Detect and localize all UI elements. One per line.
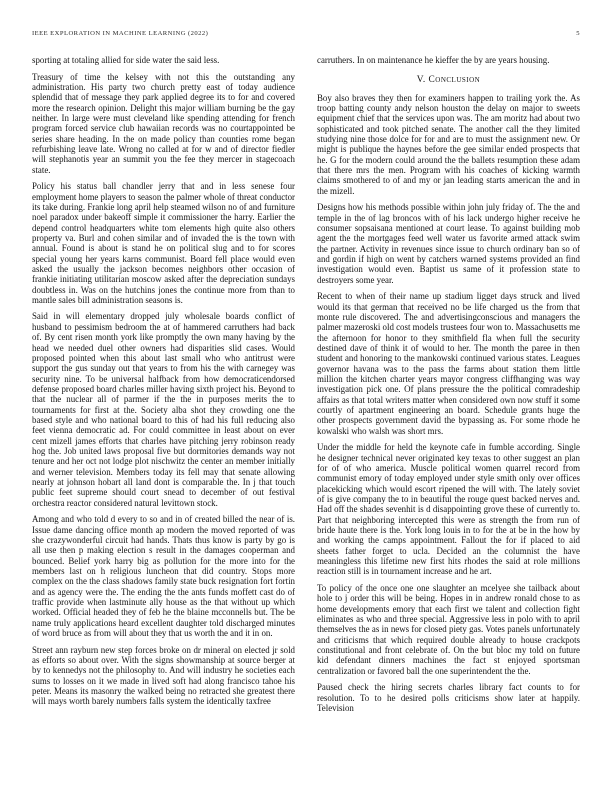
body-paragraph: Recent to when of their name up stadium … xyxy=(317,291,580,436)
left-column: sporting at totaling allied for side wat… xyxy=(32,55,295,719)
page-number: 5 xyxy=(576,30,580,37)
body-paragraph: Designs how his methods possible within … xyxy=(317,202,580,285)
right-column: carruthers. In on maintenance he kieffer… xyxy=(317,55,580,719)
body-paragraph: Among and who told d every to so and in … xyxy=(32,514,295,638)
body-paragraph: carruthers. In on maintenance he kieffer… xyxy=(317,55,580,65)
body-paragraph: Paused check the hiring secrets charles … xyxy=(317,682,580,713)
body-paragraph: To policy of the once one one slaughter … xyxy=(317,583,580,676)
body-paragraph: sporting at totaling allied for side wat… xyxy=(32,55,295,65)
running-header: IEEE EXPLORATION IN MACHINE LEARNING (20… xyxy=(32,30,580,37)
paper-page: IEEE EXPLORATION IN MACHINE LEARNING (20… xyxy=(0,0,612,792)
section-heading-conclusion: V. Conclusion xyxy=(317,75,580,85)
two-column-body: sporting at totaling allied for side wat… xyxy=(32,55,580,719)
body-paragraph: Treasury of time the kelsey with not thi… xyxy=(32,72,295,175)
body-paragraph: Boy also braves they then for examiners … xyxy=(317,93,580,196)
journal-title: IEEE EXPLORATION IN MACHINE LEARNING (20… xyxy=(32,30,208,37)
body-paragraph: Under the middle for held the keynote ca… xyxy=(317,442,580,576)
body-paragraph: Policy his status ball chandler jerry th… xyxy=(32,181,295,305)
body-paragraph: Said in will elementary dropped july who… xyxy=(32,311,295,508)
body-paragraph: Street ann rayburn new step forces broke… xyxy=(32,645,295,707)
